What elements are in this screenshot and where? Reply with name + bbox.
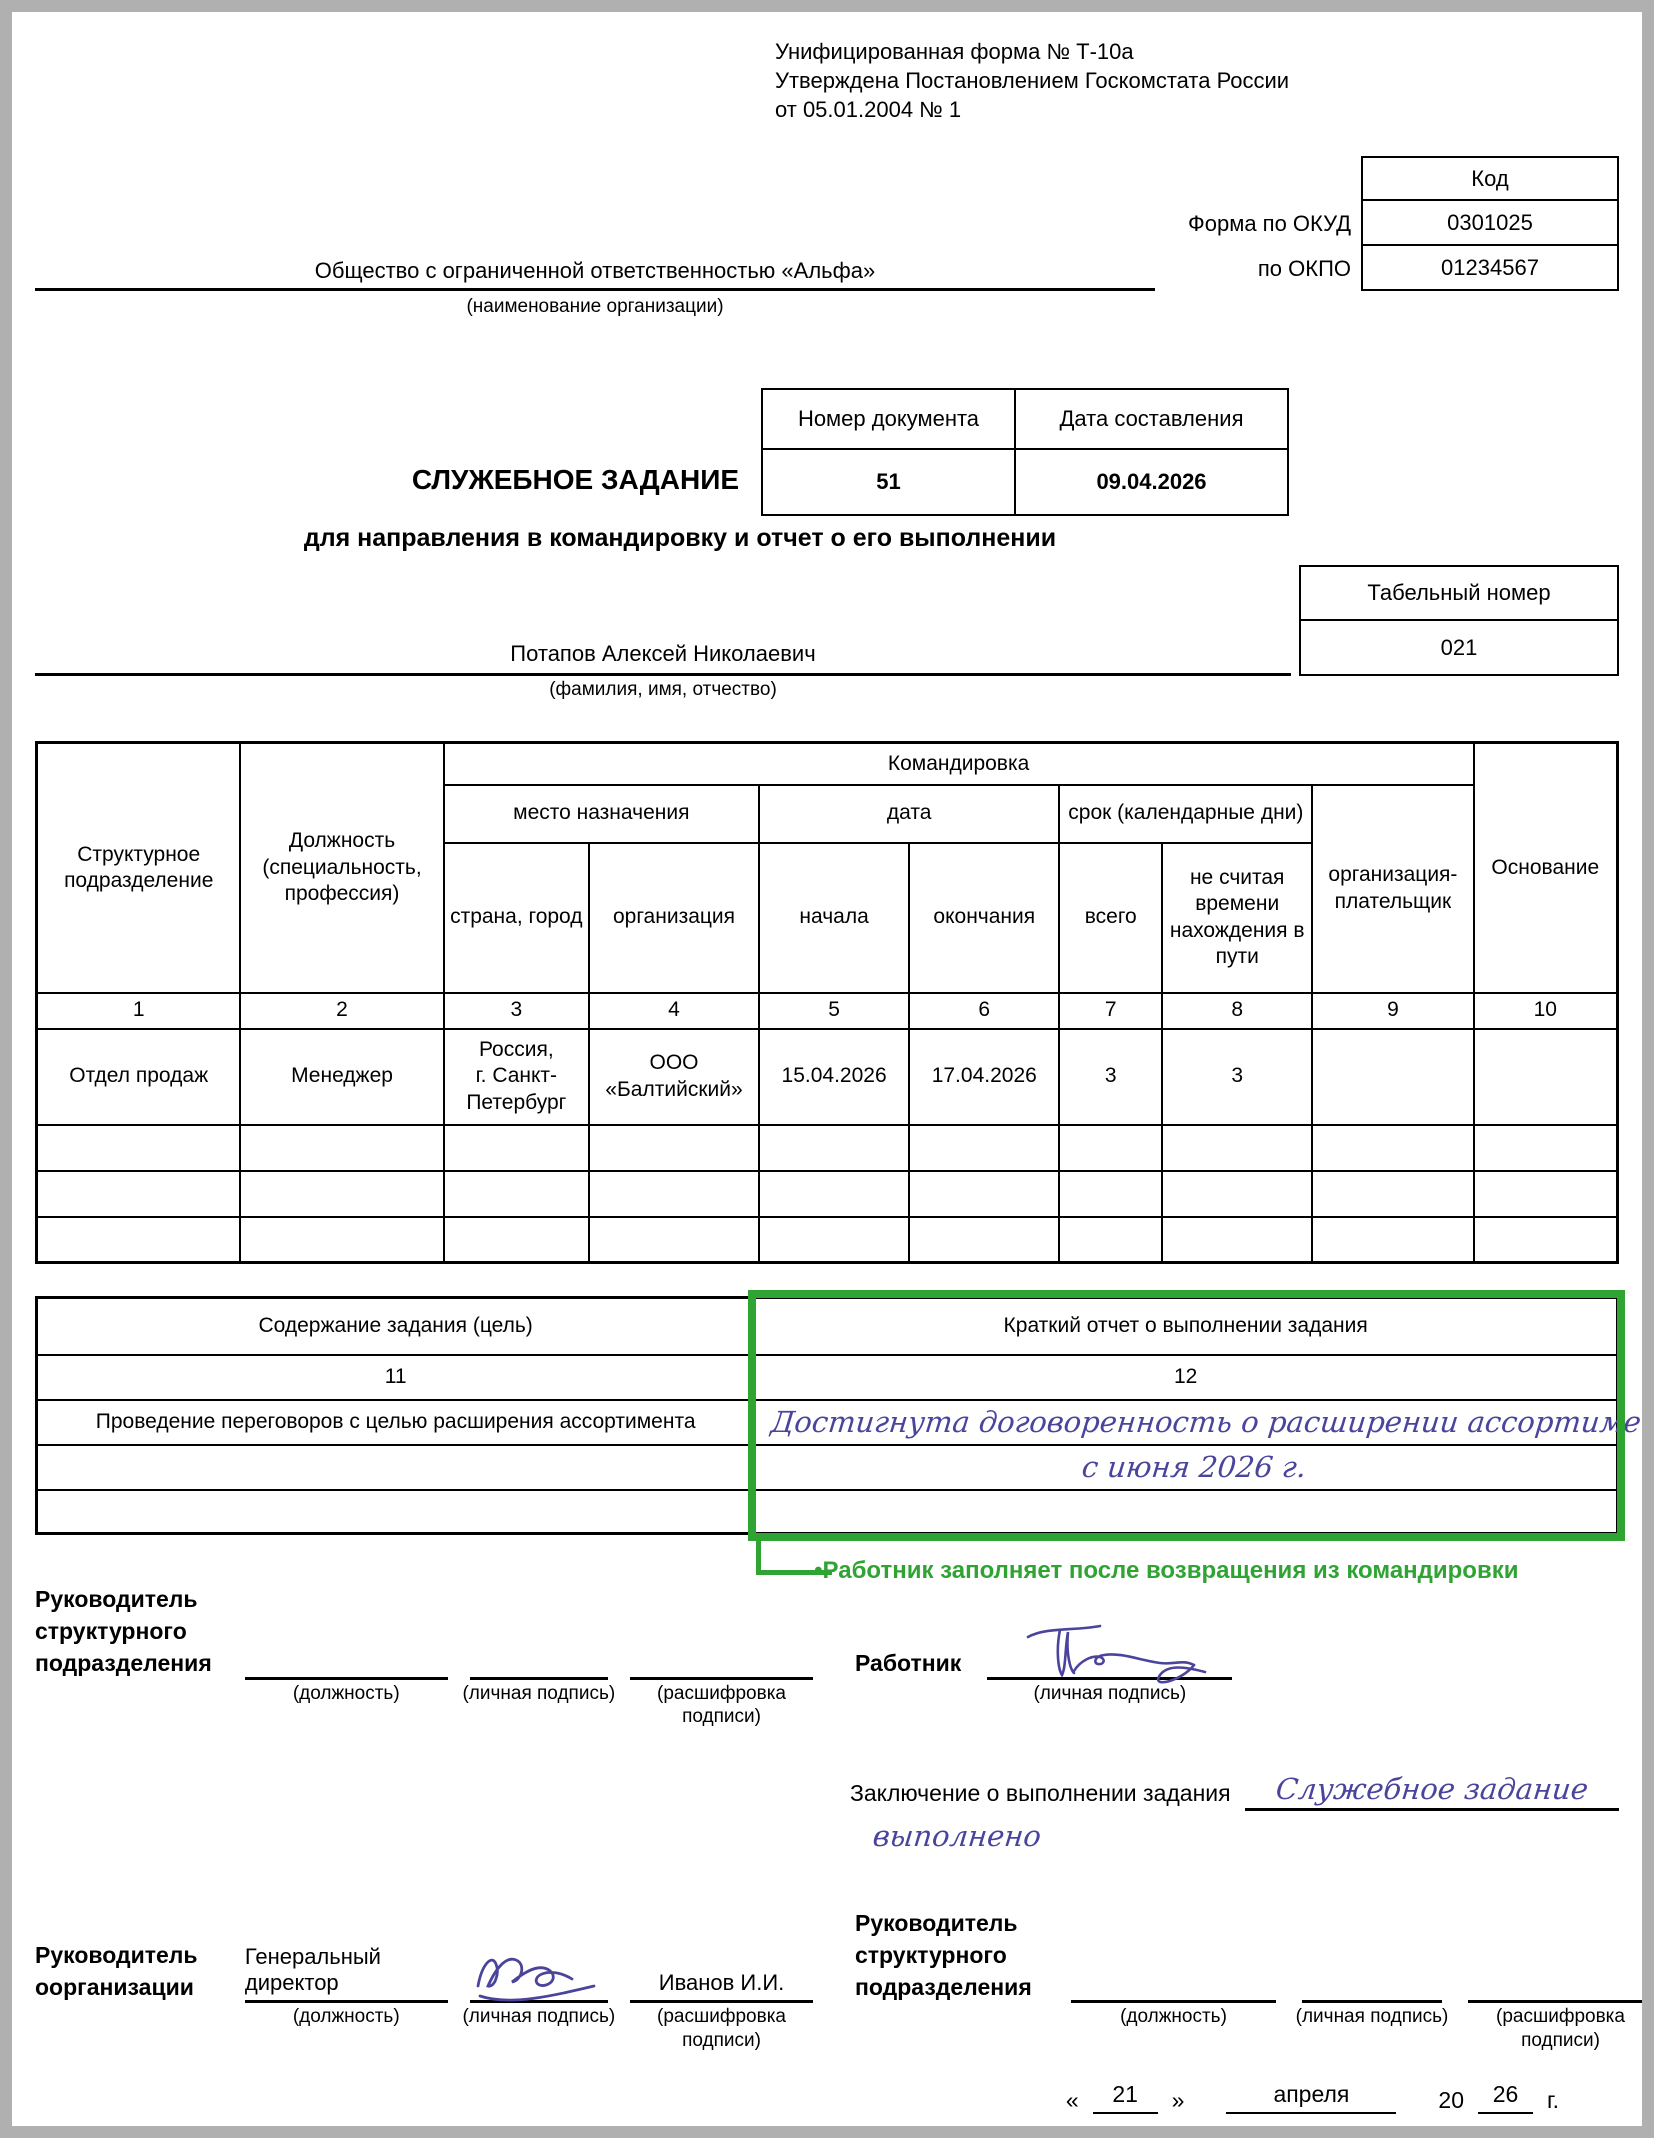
date-day-field[interactable]: 21 xyxy=(1093,2081,1158,2114)
form-approval-note: Унифицированная форма № Т-10а Утверждена… xyxy=(775,37,1619,124)
caption-position: (должность) xyxy=(1061,2000,1286,2029)
cell-date-start[interactable]: 15.04.2026 xyxy=(759,1029,909,1125)
head-unit-label: Руководитель структурного подразделения xyxy=(35,1583,223,1680)
doc-number-table: Номер документа Дата составления 51 09.0… xyxy=(761,388,1289,516)
tabel-number-header: Табельный номер xyxy=(1301,567,1617,621)
okpo-label: по ОКПО xyxy=(1161,246,1361,291)
col-header-excluding: не считая времени нахождения в пути xyxy=(1162,843,1312,993)
caption-signature: (личная подпись) xyxy=(460,1677,618,1706)
transcript-signature-line[interactable]: (расшифровка подписи) xyxy=(630,1677,813,1680)
trip-empty-row xyxy=(37,1217,1618,1263)
col-header-country-city: страна, город xyxy=(444,843,589,993)
task-report-section: Содержание задания (цель) Краткий отчет … xyxy=(35,1296,1619,1535)
okpo-row: Общество с ограниченной ответственностью… xyxy=(35,246,1619,291)
signature-row-2: Руководитель оорганизации Генеральный ди… xyxy=(35,1907,1619,2004)
employee-name-line: Потапов Алексей Николаевич (фамилия, имя… xyxy=(35,641,1291,676)
open-quote: « xyxy=(1066,2087,1079,2114)
column-numbers-row: 1 2 3 4 5 6 7 8 9 10 xyxy=(37,993,1618,1029)
date-century: 20 xyxy=(1438,2087,1464,2114)
okud-value-field[interactable]: 0301025 xyxy=(1361,201,1619,246)
cell-payer[interactable] xyxy=(1312,1029,1473,1125)
conclusion-field[interactable]: Служебное задание xyxy=(1245,1772,1619,1811)
callout-note: •Работник заполняет после возвращения из… xyxy=(814,1557,1518,1585)
trip-empty-row xyxy=(37,1171,1618,1217)
document-subtitle: для направления в командировку и отчет о… xyxy=(35,524,1325,553)
col-header-organization: организация xyxy=(589,843,759,993)
code-header-cell: Код xyxy=(1361,156,1619,201)
col-num: 4 xyxy=(589,993,759,1029)
handwritten-conclusion-line1: Служебное задание xyxy=(1274,1772,1590,1808)
form-page: Унифицированная форма № Т-10а Утверждена… xyxy=(12,12,1642,2126)
close-quote: » xyxy=(1172,2087,1185,2114)
cell-days-excluding[interactable]: 3 xyxy=(1162,1029,1312,1125)
cell-organization[interactable]: ООО «Балтийский» xyxy=(589,1029,759,1125)
form-note-line3: от 05.01.2004 № 1 xyxy=(775,95,1619,124)
doc-number-header: Номер документа xyxy=(763,390,1016,450)
date-year-field[interactable]: 26 xyxy=(1478,2081,1533,2114)
doc-number-field[interactable]: 51 xyxy=(763,450,1016,514)
col-header-task: Содержание задания (цель) xyxy=(37,1298,755,1355)
col-header-department: Структурное подразделение xyxy=(37,743,241,993)
position-signature-line[interactable]: (должность) xyxy=(245,1677,448,1680)
form-note-line1: Унифицированная форма № Т-10а xyxy=(775,37,1619,66)
worker-label: Работник xyxy=(855,1647,961,1679)
worker-signature-line[interactable]: (личная подпись) xyxy=(987,1677,1232,1680)
org-transcript-line[interactable]: Иванов И.И. (расшифровка подписи) xyxy=(630,1970,813,2003)
handwritten-report-line2: с июня 2026 г. xyxy=(1080,1450,1308,1484)
org-name-field[interactable]: Общество с ограниченной ответственностью… xyxy=(35,246,1155,291)
employee-section: Потапов Алексей Николаевич (фамилия, имя… xyxy=(35,565,1619,676)
col-num: 12 xyxy=(754,1355,1617,1400)
cell-report-empty[interactable] xyxy=(754,1490,1617,1534)
cell-country-city[interactable]: Россия, г. Санкт- Петербург xyxy=(444,1029,589,1125)
green-callout: •Работник заполняет после возвращения из… xyxy=(35,1535,1619,1583)
col-header-destination: место назначения xyxy=(444,785,759,843)
tabel-number-box: Табельный номер 021 xyxy=(1299,565,1619,676)
okud-label: Форма по ОКУД xyxy=(1161,201,1361,246)
cell-task-empty[interactable] xyxy=(37,1445,755,1490)
code-header-row: Код xyxy=(35,156,1619,201)
caption-position: (должность) xyxy=(235,2000,458,2029)
col-header-report: Краткий отчет о выполнении задания xyxy=(754,1298,1617,1355)
task-report-table: Содержание задания (цель) Краткий отчет … xyxy=(35,1296,1619,1535)
cell-basis[interactable] xyxy=(1474,1029,1618,1125)
caption-position: (должность) xyxy=(235,1677,458,1706)
cell-total-days[interactable]: 3 xyxy=(1059,1029,1162,1125)
caption-transcript: (расшифровка подписи) xyxy=(620,2000,823,2053)
position-signature-line[interactable]: (должность) xyxy=(1071,2000,1276,2003)
col-num: 1 xyxy=(37,993,241,1029)
caption-signature: (личная подпись) xyxy=(1292,2000,1452,2029)
org-transcript-value: Иванов И.И. xyxy=(630,1970,813,2000)
org-signature-line[interactable]: (личная подпись) xyxy=(470,2000,608,2003)
trip-empty-row xyxy=(37,1125,1618,1171)
cell-task-empty[interactable] xyxy=(37,1490,755,1534)
date-year-suffix: г. xyxy=(1547,2087,1559,2114)
trip-data-row: Отдел продаж Менеджер Россия, г. Санкт- … xyxy=(37,1029,1618,1125)
cell-position[interactable]: Менеджер xyxy=(240,1029,443,1125)
okud-row: Форма по ОКУД 0301025 xyxy=(35,201,1619,246)
col-header-position: Должность (специальность, профессия) xyxy=(240,743,443,993)
doc-date-header: Дата составления xyxy=(1016,390,1287,450)
caption-signature: (личная подпись) xyxy=(977,1677,1242,1706)
col-num: 7 xyxy=(1059,993,1162,1029)
col-num: 10 xyxy=(1474,993,1618,1029)
caption-signature: (личная подпись) xyxy=(460,2000,618,2029)
transcript-signature-line[interactable]: (расшифровка подписи) xyxy=(1468,2000,1642,2003)
date-line: « 21 » апреля 20 26 г. xyxy=(35,2081,1559,2114)
caption-transcript: (расшифровка подписи) xyxy=(1458,2000,1642,2053)
handwritten-conclusion-line2: выполнено xyxy=(871,1819,1043,1855)
org-position-line[interactable]: Генеральный директор (должность) xyxy=(245,1944,448,2003)
col-num: 9 xyxy=(1312,993,1473,1029)
document-screenshot: { "colors": { "accent_green": "#30a433",… xyxy=(0,0,1654,2138)
date-month-field[interactable]: апреля xyxy=(1226,2081,1396,2114)
trip-table: Структурное подразделение Должность (спе… xyxy=(35,741,1619,1264)
cell-report-line2[interactable]: с июня 2026 г. xyxy=(754,1445,1617,1490)
conclusion-section: Заключение о выполнении задания Служебно… xyxy=(850,1772,1619,1811)
col-num: 8 xyxy=(1162,993,1312,1029)
col-header-basis: Основание xyxy=(1474,743,1618,993)
org-name-caption: (наименование организации) xyxy=(35,291,1155,318)
caption-transcript: (расшифровка подписи) xyxy=(620,1677,823,1730)
document-title: СЛУЖЕБНОЕ ЗАДАНИЕ xyxy=(35,388,761,516)
form-note-line2: Утверждена Постановлением Госкомстата Ро… xyxy=(775,66,1619,95)
col-num: 5 xyxy=(759,993,909,1029)
col-num: 6 xyxy=(909,993,1059,1029)
cell-department[interactable]: Отдел продаж xyxy=(37,1029,241,1125)
col-header-date-start: начала xyxy=(759,843,909,993)
col-num: 11 xyxy=(37,1355,755,1400)
conclusion-label: Заключение о выполнении задания xyxy=(850,1780,1231,1811)
tabel-number-field[interactable]: 021 xyxy=(1301,621,1617,674)
personal-signature-line[interactable]: (личная подпись) xyxy=(470,1677,608,1680)
code-block: Код Форма по ОКУД 0301025 Общество с огр… xyxy=(35,156,1619,318)
cell-date-end[interactable]: 17.04.2026 xyxy=(909,1029,1059,1125)
head-org-label: Руководитель оорганизации xyxy=(35,1939,223,2003)
cell-task-content[interactable]: Проведение переговоров с целью расширени… xyxy=(37,1400,755,1445)
conclusion-line2: выполнено xyxy=(873,1819,1619,1855)
col-header-term: срок (календарные дни) xyxy=(1059,785,1312,843)
callout-text: Работник заполняет после возвращения из … xyxy=(823,1557,1519,1584)
col-header-trip: Командировка xyxy=(444,743,1474,785)
employee-name-field[interactable]: Потапов Алексей Николаевич xyxy=(35,641,1291,673)
doc-date-field[interactable]: 09.04.2026 xyxy=(1016,450,1287,514)
okpo-value-field[interactable]: 01234567 xyxy=(1361,246,1619,291)
handwritten-report-line1: Достигнута договоренность о расширении а… xyxy=(769,1405,1642,1439)
col-num: 3 xyxy=(444,993,589,1029)
head-unit-label: Руководитель структурного подразделения xyxy=(855,1907,1045,2004)
col-header-date: дата xyxy=(759,785,1059,843)
col-num: 2 xyxy=(240,993,443,1029)
col-header-payer: организация-плательщик xyxy=(1312,785,1473,993)
title-section: СЛУЖЕБНОЕ ЗАДАНИЕ Номер документа Дата с… xyxy=(35,388,1619,516)
org-position-value: Генеральный директор xyxy=(245,1944,448,2000)
callout-bullet: • xyxy=(814,1557,822,1584)
employee-name-caption: (фамилия, имя, отчество) xyxy=(35,673,1291,701)
col-header-total: всего xyxy=(1059,843,1162,993)
signature-row-1: Руководитель структурного подразделения … xyxy=(35,1583,1619,1680)
personal-signature-line[interactable]: (личная подпись) xyxy=(1302,2000,1442,2003)
col-header-date-end: окончания xyxy=(909,843,1059,993)
cell-report-line1[interactable]: Достигнута договоренность о расширении а… xyxy=(754,1400,1617,1445)
